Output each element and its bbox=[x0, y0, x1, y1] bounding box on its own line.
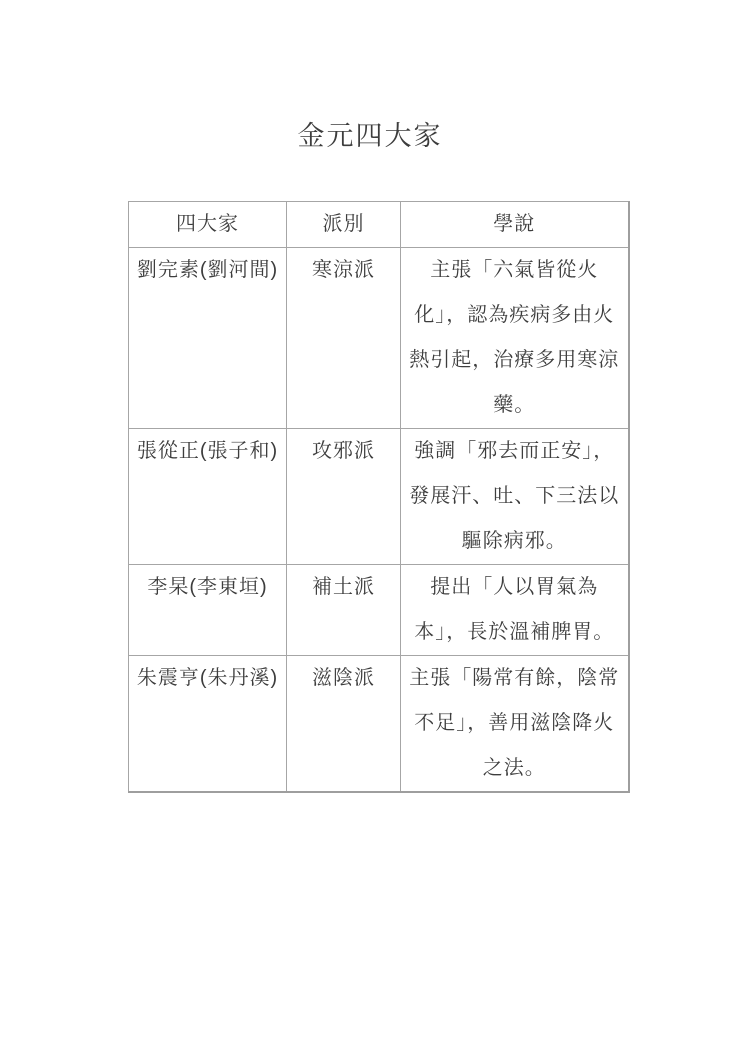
cell-doctrine: 提出「人以胃氣為本」，長於溫補脾胃。 bbox=[401, 565, 629, 656]
table-row: 李杲(李東垣) 補土派 提出「人以胃氣為本」，長於溫補脾胃。 bbox=[129, 565, 629, 656]
table-header-row: 四大家 派別 學說 bbox=[129, 202, 629, 248]
masters-table: 四大家 派別 學說 劉完素(劉河間) 寒涼派 主張「六氣皆從火化」，認為疾病多由… bbox=[128, 201, 630, 793]
cell-master-name: 朱震亨(朱丹溪) bbox=[129, 656, 287, 793]
cell-master-name: 劉完素(劉河間) bbox=[129, 248, 287, 429]
cell-school: 寒涼派 bbox=[287, 248, 401, 429]
cell-school: 攻邪派 bbox=[287, 429, 401, 565]
header-cell-school: 派別 bbox=[287, 202, 401, 248]
cell-doctrine: 主張「陽常有餘，陰常不足」，善用滋陰降火之法。 bbox=[401, 656, 629, 793]
cell-school: 滋陰派 bbox=[287, 656, 401, 793]
cell-master-name: 李杲(李東垣) bbox=[129, 565, 287, 656]
page-title: 金元四大家 bbox=[0, 114, 740, 153]
cell-master-name: 張從正(張子和) bbox=[129, 429, 287, 565]
table-row: 張從正(張子和) 攻邪派 強調「邪去而正安」，發展汗、吐、下三法以驅除病邪。 bbox=[129, 429, 629, 565]
document-page: 金元四大家 四大家 派別 學說 劉完素(劉河間) 寒涼派 主張「六氣皆從火化」，… bbox=[0, 0, 740, 1046]
cell-doctrine: 主張「六氣皆從火化」，認為疾病多由火熱引起，治療多用寒涼藥。 bbox=[401, 248, 629, 429]
table-row: 劉完素(劉河間) 寒涼派 主張「六氣皆從火化」，認為疾病多由火熱引起，治療多用寒… bbox=[129, 248, 629, 429]
header-cell-masters: 四大家 bbox=[129, 202, 287, 248]
header-cell-doctrine: 學說 bbox=[401, 202, 629, 248]
cell-school: 補土派 bbox=[287, 565, 401, 656]
cell-doctrine: 強調「邪去而正安」，發展汗、吐、下三法以驅除病邪。 bbox=[401, 429, 629, 565]
table-row: 朱震亨(朱丹溪) 滋陰派 主張「陽常有餘，陰常不足」，善用滋陰降火之法。 bbox=[129, 656, 629, 793]
